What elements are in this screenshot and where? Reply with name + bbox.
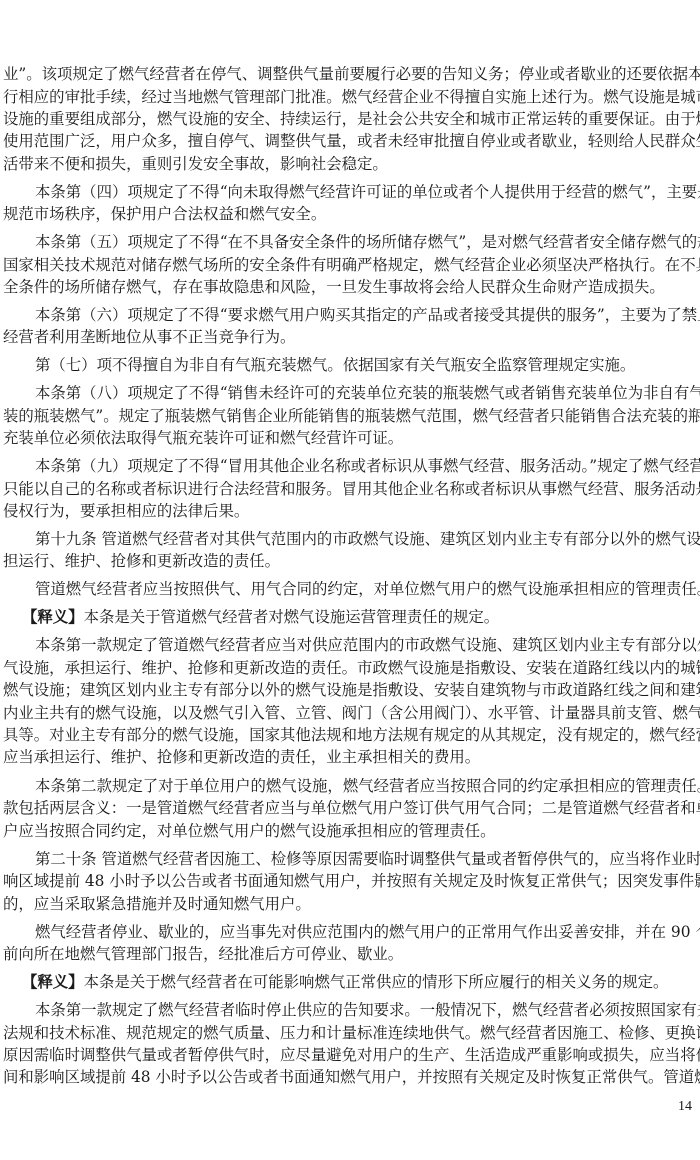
document-page: 业”。该项规定了燃气经营者在停气、调整供气量前要履行必要的告知义务；停业或者歇业… — [0, 0, 700, 1160]
paragraph-line: 活带来不便和损失，重则引发安全事故，影响社会稳定。 — [3, 153, 698, 175]
paragraph-line: 国家相关技术规范对储存燃气场所的安全条件有明确严格规定，燃气经营企业必须坚决严格… — [3, 254, 698, 276]
paragraph-line: 管道燃气经营者应当按照供气、用气合同的约定，对单位燃气用户的燃气设施承担相应的管… — [35, 578, 698, 600]
interpretation-label: 【释义】 — [22, 608, 84, 626]
paragraph-line: 燃气经营者停业、歇业的，应当事先对供应范围内的燃气用户的正常用气作出妥善安排，并… — [35, 921, 698, 943]
article-19-line: 担运行、维护、抢修和更新改造的责任。 — [3, 550, 698, 572]
paragraph-line: 行相应的审批手续，经过当地燃气管理部门批准。燃气经营企业不得擅自实施上述行为。燃… — [3, 86, 698, 108]
paragraph-line: 使用范围广泛，用户众多，擅自停气、调整供气量，或者未经审批擅自停业或者歇业，轻则… — [3, 130, 698, 152]
paragraph-line: 间和影响区域提前 48 小时予以公告或者书面通知燃气用户，并按照有关规定及时恢复… — [3, 1066, 698, 1088]
paragraph-line: 只能以自己的名称或者标识进行合法经营和服务。冒用其他企业名称或者标识从事燃气经营… — [3, 478, 698, 500]
paragraph-line: 充装单位必须依法取得气瓶充装许可证和燃气经营许可证。 — [3, 427, 698, 449]
paragraph-line: 具等。对业主专有部分的燃气设施，国家其他法规和地方法规有规定的从其规定，没有规定… — [3, 724, 698, 746]
paragraph-line: 本条第（五）项规定了不得“在不具备安全条件的场所储存燃气”，是对燃气经营者安全储… — [35, 231, 698, 253]
article-20-line: 第二十条 管道燃气经营者因施工、检修等原因需要临时调整供气量或者暂停供气的，应当… — [35, 848, 698, 870]
paragraph-line: 款包括两层含义：一是管道燃气经营者应当与单位燃气用户签订供气用气合同；二是管道燃… — [3, 797, 698, 819]
paragraph-line: 装的瓶装燃气”。规定了瓶装燃气销售企业所能销售的瓶装燃气范围，燃气经营者只能销售… — [3, 405, 698, 427]
paragraph-line: 燃气设施；建筑区划内业主专有部分以外的燃气设施是指敷设、安装自建筑物与市政道路红… — [3, 679, 698, 701]
paragraph-line: 户应当按照合同约定，对单位燃气用户的燃气设施承担相应的管理责任。 — [3, 820, 698, 842]
page-number: 14 — [678, 1098, 692, 1116]
paragraph-line: 法规和技术标准、规范规定的燃气质量、压力和计量标准连续地供气。燃气经营者因施工、… — [3, 1022, 698, 1044]
paragraph-line: 本条第一款规定了管道燃气经营者应当对供应范围内的市政燃气设施、建筑区划内业主专有… — [35, 634, 698, 656]
paragraph-line: 本条第（八）项规定了不得“销售未经许可的充装单位充装的瓶装燃气或者销售充装单位为… — [35, 382, 698, 404]
paragraph-line: 气设施，承担运行、维护、抢修和更新改造的责任。市政燃气设施是指敷设、安装在道路红… — [3, 657, 698, 679]
paragraph-line: 设施的重要组成部分，燃气设施的安全、持续运行，是社会公共安全和城市正常运转的重要… — [3, 108, 698, 130]
paragraph-line: 侵权行为，要承担相应的法律后果。 — [3, 500, 698, 522]
interpretation-text: 本条是关于管道燃气经营者对燃气设施运营管理责任的规定。 — [84, 608, 500, 626]
paragraph-line: 原因需临时调整供气量或者暂停供气时，应尽量避免对用户的生产、生活造成严重影响或损… — [3, 1044, 698, 1066]
paragraph-line: 前向所在地燃气管理部门报告，经批准后方可停业、歇业。 — [3, 943, 698, 965]
paragraph-line: 全条件的场所储存燃气，存在事故隐患和风险，一旦发生事故将会给人民群众生命财产造成… — [3, 276, 698, 298]
paragraph-line: 本条第（四）项规定了不得“向未取得燃气经营许可证的单位或者个人提供用于经营的燃气… — [35, 181, 698, 203]
paragraph-line: 经营者利用垄断地位从事不正当竞争行为。 — [3, 326, 698, 348]
paragraph-line: 规范市场秩序，保护用户合法权益和燃气安全。 — [3, 203, 698, 225]
paragraph-line: 本条第（六）项规定了不得“要求燃气用户购买其指定的产品或者接受其提供的服务”，主… — [35, 304, 698, 326]
interpretation-line: 【释义】本条是关于燃气经营者在可能影响燃气正常供应的情形下所应履行的相关义务的规… — [22, 971, 698, 993]
paragraph-line: 业”。该项规定了燃气经营者在停气、调整供气量前要履行必要的告知义务；停业或者歇业… — [3, 63, 698, 85]
interpretation-text: 本条是关于燃气经营者在可能影响燃气正常供应的情形下所应履行的相关义务的规定。 — [84, 973, 669, 991]
paragraph-line: 应当承担运行、维护、抢修和更新改造的责任，业主承担相关的费用。 — [3, 746, 698, 768]
article-20-line: 响区域提前 48 小时予以公告或者书面通知燃气用户，并按照有关规定及时恢复正常供… — [3, 870, 698, 892]
interpretation-line: 【释义】本条是关于管道燃气经营者对燃气设施运营管理责任的规定。 — [22, 606, 698, 628]
paragraph-line: 第（七）项不得擅自为非自有气瓶充装燃气。依据国家有关气瓶安全监察管理规定实施。 — [35, 354, 698, 376]
article-20-line: 的，应当采取紧急措施并及时通知燃气用户。 — [3, 893, 698, 915]
article-19-line: 第十九条 管道燃气经营者对其供气范围内的市政燃气设施、建筑区划内业主专有部分以外… — [35, 528, 698, 550]
paragraph-line: 本条第（九）项规定了不得“冒用其他企业名称或者标识从事燃气经营、服务活动。”规定… — [35, 455, 698, 477]
paragraph-line: 内业主共有的燃气设施，以及燃气引入管、立管、阀门（含公用阀门）、水平管、计量器具… — [3, 702, 698, 724]
interpretation-label: 【释义】 — [22, 973, 84, 991]
paragraph-line: 本条第二款规定了对于单位用户的燃气设施，燃气经营者应当按照合同的约定承担相应的管… — [35, 775, 698, 797]
paragraph-line: 本条第一款规定了燃气经营者临时停止供应的告知要求。一般情况下，燃气经营者必须按照… — [35, 999, 698, 1021]
